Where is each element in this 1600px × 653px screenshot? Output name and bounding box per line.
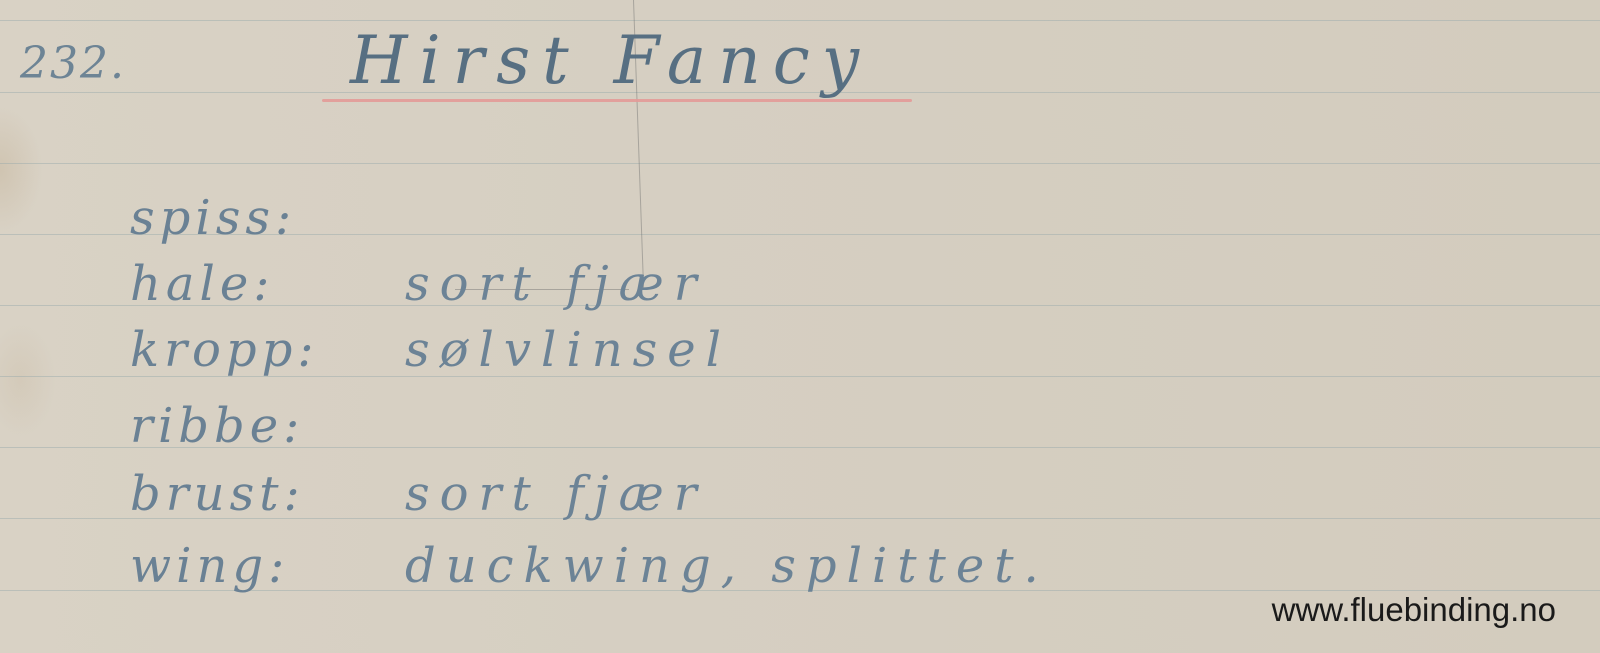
field-value-wing: duckwing, splittet. <box>405 538 1049 594</box>
title-underline <box>322 99 912 102</box>
field-label-brust: brust: <box>130 466 305 522</box>
field-value-hale: sort fjær <box>405 256 707 312</box>
ruled-line <box>0 20 1600 21</box>
entry-number: 232. <box>20 38 126 89</box>
ruled-line <box>0 163 1600 164</box>
field-label-kropp: kropp: <box>130 322 319 378</box>
website-watermark: www.fluebinding.no <box>1272 591 1556 629</box>
field-value-brust: sort fjær <box>405 466 707 522</box>
field-label-spiss: spiss: <box>130 190 296 246</box>
field-value-kropp: sølvlinsel <box>405 322 731 378</box>
field-label-hale: hale: <box>130 256 274 312</box>
field-label-ribbe: ribbe: <box>130 398 304 454</box>
notebook-page: 232. Hirst Fancy spiss: hale: sort fjær … <box>0 0 1600 653</box>
fly-title: Hirst Fancy <box>350 22 871 99</box>
field-label-wing: wing: <box>130 538 289 594</box>
